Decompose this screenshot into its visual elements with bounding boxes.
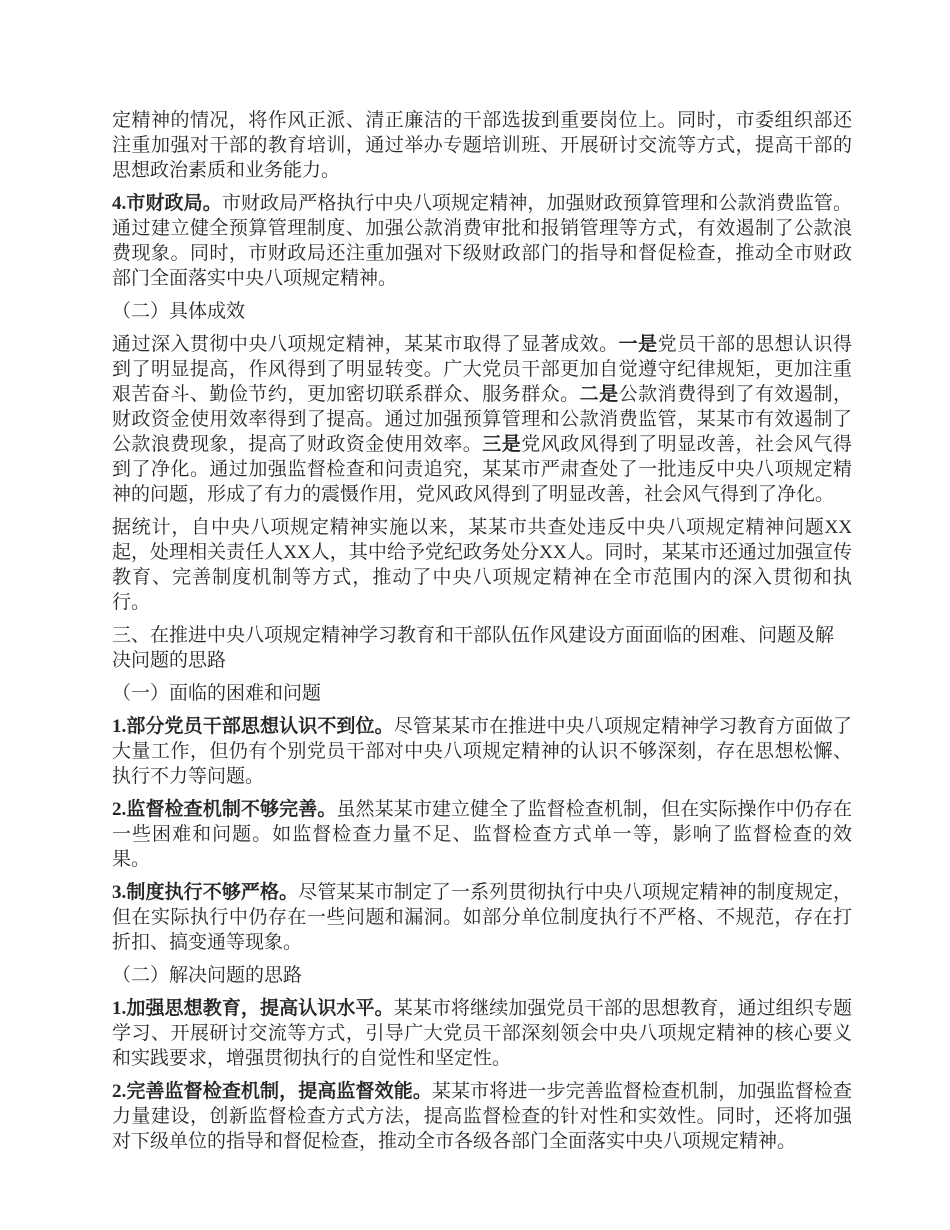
section-heading: （二）解决问题的思路	[112, 963, 852, 988]
bold-text-run: 4.市财政局。	[112, 193, 222, 214]
bold-text-run: 一是	[619, 334, 658, 355]
paragraph: 2.完善监督检查机制，提高监督效能。某某市将进一步完善监督检查机制，加强监督检查…	[112, 1079, 852, 1154]
text-run: 通过深入贯彻中央八项规定精神，某某市取得了显著成效。	[112, 334, 619, 355]
bold-text-run: 2.监督检查机制不够完善。	[112, 799, 336, 820]
bold-text-run: 1.加强思想教育，提高认识水平。	[112, 998, 394, 1019]
text-run: （二）具体成效	[112, 301, 245, 322]
bold-text-run: 二是	[580, 384, 619, 405]
text-run: 定精神的情况，将作风正派、清正廉洁的干部选拔到重要岗位上。同时，市委组织部还注重…	[112, 110, 852, 181]
paragraph: 2.监督检查机制不够完善。虽然某某市建立健全了监督检查机制，但在实际操作中仍存在…	[112, 797, 852, 872]
text-run: （一）面临的困难和问题	[112, 683, 321, 704]
paragraph: 据统计，自中央八项规定精神实施以来，某某市共查处违反中央八项规定精神问题XX起，…	[112, 515, 852, 615]
paragraph: 1.加强思想教育，提高认识水平。某某市将继续加强党员干部的思想教育，通过组织专题…	[112, 996, 852, 1071]
bold-text-run: 1.部分党员干部思想认识不到位。	[112, 716, 394, 737]
section-heading: 三、在推进中央八项规定精神学习教育和干部队伍作风建设方面面临的困难、问题及解决问…	[112, 623, 852, 673]
text-run: 据统计，自中央八项规定精神实施以来，某某市共查处违反中央八项规定精神问题XX起，…	[112, 517, 852, 613]
document-body: 定精神的情况，将作风正派、清正廉洁的干部选拔到重要岗位上。同时，市委组织部还注重…	[112, 108, 852, 1162]
section-heading: （一）面临的困难和问题	[112, 681, 852, 706]
text-run: （二）解决问题的思路	[112, 965, 302, 986]
paragraph: 3.制度执行不够严格。尽管某某市制定了一系列贯彻执行中央八项规定精神的制度规定，…	[112, 880, 852, 955]
paragraph: 1.部分党员干部思想认识不到位。尽管某某市在推进中央八项规定精神学习教育方面做了…	[112, 714, 852, 789]
bold-text-run: 2.完善监督检查机制，提高监督效能。	[112, 1081, 432, 1102]
text-run: 市财政局严格执行中央八项规定精神，加强财政预算管理和公款消费监管。通过建立健全预…	[112, 193, 852, 289]
paragraph: 4.市财政局。市财政局严格执行中央八项规定精神，加强财政预算管理和公款消费监管。…	[112, 191, 852, 291]
bold-text-run: 三是	[482, 434, 521, 455]
text-run: 三、在推进中央八项规定精神学习教育和干部队伍作风建设方面面临的困难、问题及解决问…	[112, 625, 834, 671]
document-page: 定精神的情况，将作风正派、清正廉洁的干部选拔到重要岗位上。同时，市委组织部还注重…	[0, 0, 950, 1230]
paragraph: 定精神的情况，将作风正派、清正廉洁的干部选拔到重要岗位上。同时，市委组织部还注重…	[112, 108, 852, 183]
paragraph: 通过深入贯彻中央八项规定精神，某某市取得了显著成效。一是党员干部的思想认识得到了…	[112, 332, 852, 507]
section-heading: （二）具体成效	[112, 299, 852, 324]
bold-text-run: 3.制度执行不够严格。	[112, 882, 298, 903]
